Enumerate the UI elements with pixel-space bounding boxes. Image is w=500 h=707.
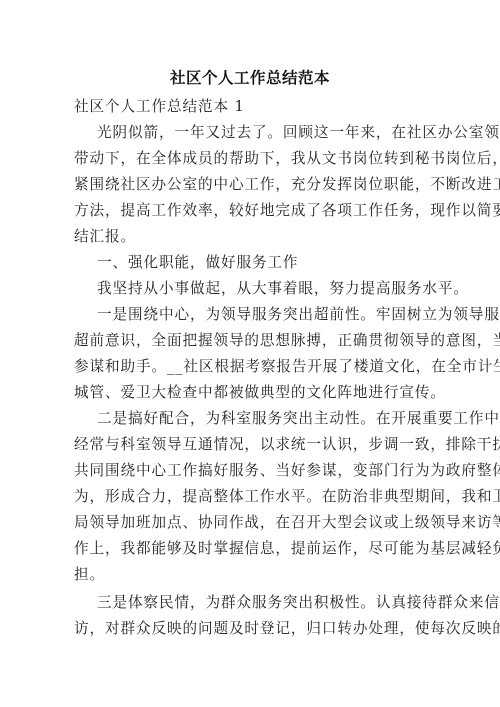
body-line: 紧围绕社区办公室的中心工作，充分发挥岗位职能，不断改进工作 bbox=[74, 173, 426, 194]
body-line: 方法，提高工作效率，较好地完成了各项工作任务，现作以简要总 bbox=[74, 199, 426, 220]
body-line: 局领导加班加点、协同作战，在召开大型会议或上级领导来访等工 bbox=[74, 511, 426, 532]
body-line: 一是围绕中心，为领导服务突出超前性。牢固树立为领导服务的 bbox=[97, 303, 426, 324]
body-line: 共同围绕中心工作搞好服务、当好参谋，变部门行为为政府整体行 bbox=[74, 459, 426, 480]
body-line: 城管、爱卫大检查中都被做典型的文化阵地进行宣传。 bbox=[74, 381, 426, 402]
body-line: 访，对群众反映的问题及时登记，归口转办处理，使每次反映的问 bbox=[74, 617, 426, 638]
body-line: 参谋和助手。__社区根据考察报告开展了楼道文化，在全市计生、 bbox=[74, 355, 426, 376]
body-line: 超前意识，全面把握领导的思想脉搏，正确贯彻领导的意图，当好 bbox=[74, 329, 426, 350]
document-subtitle: 社区个人工作总结范本 1 bbox=[74, 95, 426, 116]
body-line: 结汇报。 bbox=[74, 225, 426, 246]
body-line: 三是体察民情，为群众服务突出积极性。认真接待群众来信来 bbox=[97, 591, 426, 612]
section-heading: 一、强化职能，做好服务工作 bbox=[97, 251, 426, 272]
body-line: 作上，我都能够及时掌握信息，提前运作，尽可能为基层减轻负 bbox=[74, 537, 426, 558]
body-line: 二是搞好配合，为科室服务突出主动性。在开展重要工作中，我 bbox=[97, 407, 426, 428]
body-line: 为，形成合力，提高整体工作水平。在防治非典型期间，我和卫生 bbox=[74, 485, 426, 506]
body-line: 担。 bbox=[74, 563, 426, 584]
document-title: 社区个人工作总结范本 bbox=[0, 66, 500, 88]
body-line: 经常与科室领导互通情况，以求统一认识，步调一致，排除干扰， bbox=[74, 433, 426, 454]
body-line: 我坚持从小事做起，从大事着眼，努力提高服务水平。 bbox=[97, 277, 426, 298]
body-line: 带动下，在全体成员的帮助下，我从文书岗位转到秘书岗位后，紧 bbox=[74, 147, 426, 168]
document-page: 社区个人工作总结范本 社区个人工作总结范本 1 光阴似箭，一年又过去了。回顾这一… bbox=[0, 0, 500, 707]
body-line: 光阴似箭，一年又过去了。回顾这一年来，在社区办公室领导的 bbox=[97, 121, 426, 142]
